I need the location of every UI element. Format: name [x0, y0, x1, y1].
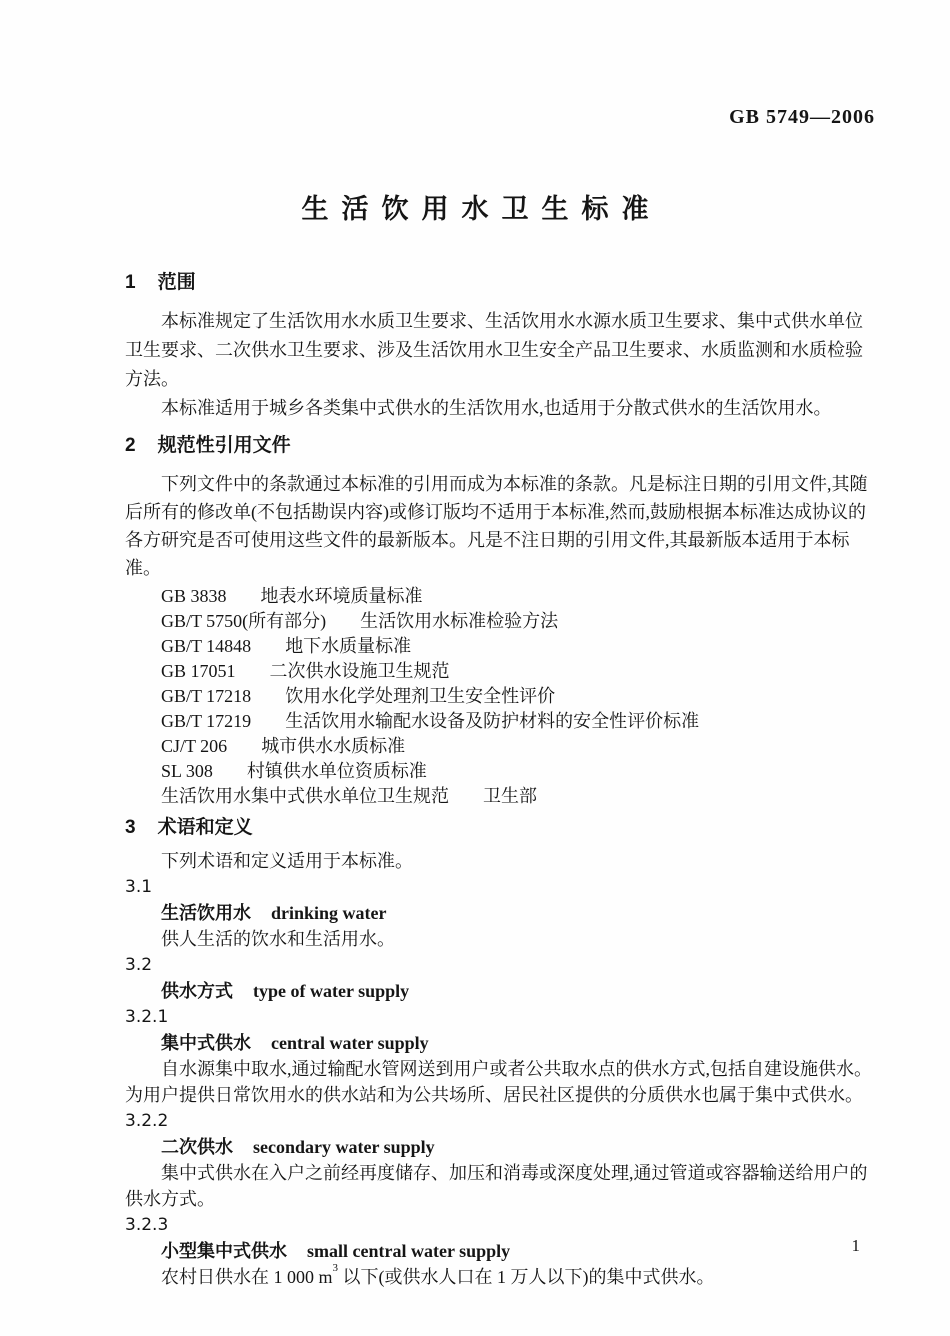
section-1-heading: 1范围: [125, 270, 875, 295]
reference-code: GB 17051: [161, 661, 236, 681]
reference-item: GB/T 17219生活饮用水输配水设备及防护材料的安全性评价标准: [161, 709, 875, 734]
reference-title: 地下水质量标准: [285, 636, 411, 656]
term-number: 3.2.1: [125, 1004, 875, 1030]
section-2-number: 2: [125, 433, 136, 458]
reference-title: 卫生部: [483, 786, 537, 806]
term-name-en: small central water supply: [307, 1241, 510, 1261]
reference-code: GB 3838: [161, 586, 227, 606]
reference-title: 生活饮用水输配水设备及防护材料的安全性评价标准: [285, 711, 699, 731]
term-name: 集中式供水central water supply: [125, 1030, 875, 1056]
term-name-cn: 供水方式: [161, 981, 233, 1001]
term-definition: 自水源集中取水,通过输配水管网送到用户或者公共取水点的供水方式,包括自建设施供水…: [125, 1056, 875, 1108]
reference-code: CJ/T 206: [161, 736, 227, 756]
reference-title: 二次供水设施卫生规范: [270, 661, 450, 681]
reference-item: GB 3838地表水环境质量标准: [161, 584, 875, 609]
term-name: 二次供水secondary water supply: [125, 1134, 875, 1160]
term-number: 3.2.2: [125, 1108, 875, 1134]
term-name-cn: 小型集中式供水: [161, 1241, 287, 1261]
reference-code: GB/T 17218: [161, 686, 251, 706]
section-3-heading: 3术语和定义: [125, 815, 875, 840]
term-name: 生活饮用水drinking water: [125, 900, 875, 926]
term-definition: 农村日供水在 1 000 m3 以下(或供水人口在 1 万人以下)的集中式供水。: [125, 1264, 875, 1290]
section-2-title: 规范性引用文件: [158, 435, 291, 456]
reference-title: 村镇供水单位资质标准: [247, 761, 427, 781]
reference-item: GB/T 14848地下水质量标准: [161, 634, 875, 659]
term-definition: 集中式供水在入户之前经再度储存、加压和消毒或深度处理,通过管道或容器输送给用户的…: [125, 1160, 875, 1212]
term-name-en: central water supply: [271, 1033, 429, 1053]
reference-code: GB/T 17219: [161, 711, 251, 731]
reference-title: 生活饮用水标准检验方法: [360, 611, 558, 631]
document-content: 1范围 本标准规定了生活饮用水水质卫生要求、生活饮用水水源水质卫生要求、集中式供…: [125, 270, 875, 1290]
superscript-exponent: 3: [333, 1262, 339, 1274]
doc-number: GB 5749—2006: [0, 106, 950, 129]
reference-list: GB 3838地表水环境质量标准 GB/T 5750(所有部分)生活饮用水标准检…: [125, 584, 875, 809]
reference-item: 生活饮用水集中式供水单位卫生规范卫生部: [161, 784, 875, 809]
reference-code: GB/T 14848: [161, 636, 251, 656]
section-1-title: 范围: [158, 272, 196, 293]
page-title: 生活饮用水卫生标准: [0, 187, 950, 226]
term-name-en: secondary water supply: [253, 1137, 435, 1157]
reference-item: GB 17051二次供水设施卫生规范: [161, 659, 875, 684]
reference-title: 地表水环境质量标准: [261, 586, 423, 606]
reference-item: GB/T 17218饮用水化学处理剂卫生安全性评价: [161, 684, 875, 709]
document-page: GB 5749—2006 生活饮用水卫生标准 1范围 本标准规定了生活饮用水水质…: [0, 0, 950, 1336]
page-number: 1: [852, 1236, 861, 1256]
reference-title: 城市供水水质标准: [261, 736, 405, 756]
term-name-cn: 生活饮用水: [161, 903, 251, 923]
section-2-heading: 2规范性引用文件: [125, 433, 875, 458]
section-3-title: 术语和定义: [158, 817, 253, 838]
section-1-number: 1: [125, 270, 136, 295]
section-1-para-1: 本标准规定了生活饮用水水质卫生要求、生活饮用水水源水质卫生要求、集中式供水单位卫…: [125, 307, 875, 394]
term-name: 供水方式type of water supply: [125, 978, 875, 1004]
term-name: 小型集中式供水small central water supply: [125, 1238, 875, 1264]
term-number: 3.1: [125, 874, 875, 900]
term-name-cn: 集中式供水: [161, 1033, 251, 1053]
reference-code: SL 308: [161, 761, 213, 781]
reference-code: GB/T 5750(所有部分): [161, 611, 326, 631]
reference-item: SL 308村镇供水单位资质标准: [161, 759, 875, 784]
reference-item: CJ/T 206城市供水水质标准: [161, 734, 875, 759]
term-name-en: drinking water: [271, 903, 387, 923]
term-definition: 供人生活的饮水和生活用水。: [125, 926, 875, 952]
section-2-para-1: 下列文件中的条款通过本标准的引用而成为本标准的条款。凡是标注日期的引用文件,其随…: [125, 470, 875, 582]
reference-title: 饮用水化学处理剂卫生安全性评价: [285, 686, 555, 706]
term-definition-post: 以下(或供水人口在 1 万人以下)的集中式供水。: [338, 1267, 715, 1287]
term-definition-pre: 农村日供水在 1 000 m: [161, 1267, 333, 1287]
section-3-number: 3: [125, 815, 136, 840]
reference-code: 生活饮用水集中式供水单位卫生规范: [161, 786, 449, 806]
term-number: 3.2.3: [125, 1212, 875, 1238]
section-1-para-2: 本标准适用于城乡各类集中式供水的生活饮用水,也适用于分散式供水的生活饮用水。: [125, 394, 875, 423]
term-name-cn: 二次供水: [161, 1137, 233, 1157]
term-number: 3.2: [125, 952, 875, 978]
terms-intro: 下列术语和定义适用于本标准。: [125, 848, 875, 874]
reference-item: GB/T 5750(所有部分)生活饮用水标准检验方法: [161, 609, 875, 634]
term-name-en: type of water supply: [253, 981, 409, 1001]
